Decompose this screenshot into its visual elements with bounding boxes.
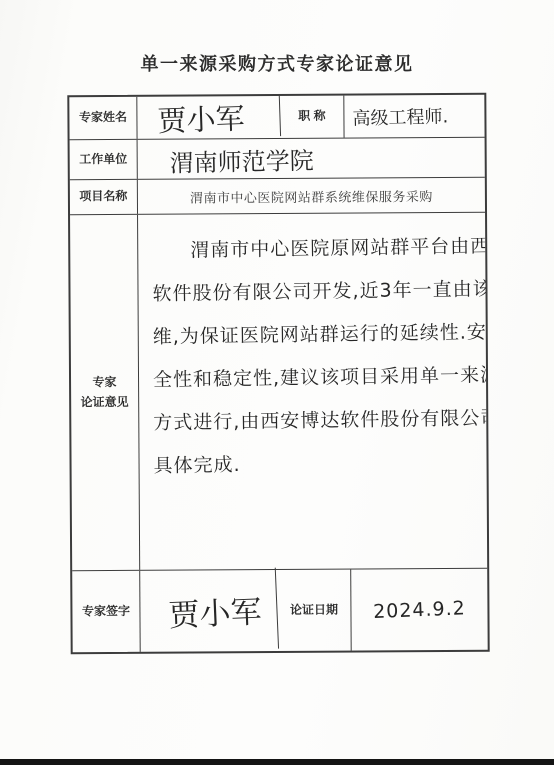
scanned-document-page: 单一来源采购方式专家论证意见 专家姓名 贾小军 职 称 高级工程师. 工作单位 … <box>0 0 554 765</box>
opinion-label-line1: 专家 <box>92 373 116 392</box>
scan-bottom-edge-shadow <box>0 759 554 765</box>
row-expert-opinion: 专家 论证意见 渭南市中心医院原网站群平台由西安博达 软件股份有限公司开发,近3… <box>70 213 487 572</box>
job-title-handwriting: 高级工程师. <box>344 94 485 139</box>
expert-name-handwriting: 贾小军 <box>137 94 281 141</box>
project-name-label: 项目名称 <box>70 180 138 214</box>
opinion-label: 专家 论证意见 <box>70 215 140 570</box>
opinion-line-4: 全性和稳定性,建议该项目采用单一来源 <box>153 354 475 402</box>
opinion-line-6: 具体完成. <box>153 440 475 488</box>
date-handwriting: 2024.9.2 <box>350 566 489 653</box>
work-unit-label: 工作单位 <box>70 140 138 179</box>
row-expert-name: 专家姓名 贾小军 职 称 高级工程师. <box>69 95 484 141</box>
job-title-label: 职 称 <box>280 96 344 138</box>
work-unit-handwriting: 渭南师范学院 <box>137 135 485 181</box>
signature-handwriting: 贾小军 <box>139 568 279 655</box>
row-project-name: 项目名称 渭南市中心医院网站群系统维保服务采购 <box>70 178 485 216</box>
project-name-text: 渭南市中心医院网站群系统维保服务采购 <box>138 178 485 214</box>
opinion-line-2: 软件股份有限公司开发,近3年一直由该公司运 <box>152 268 474 316</box>
row-work-unit: 工作单位 渭南师范学院 <box>70 138 485 181</box>
page-title: 单一来源采购方式专家论证意见 <box>0 50 554 76</box>
opinion-line-5: 方式进行,由西安博达软件股份有限公司 <box>153 397 475 445</box>
opinion-line-1: 渭南市中心医院原网站群平台由西安博达 <box>152 225 474 273</box>
date-label: 论证日期 <box>277 570 351 651</box>
expert-name-label: 专家姓名 <box>69 97 137 139</box>
opinion-label-line2: 论证意见 <box>81 392 129 411</box>
signature-label: 专家签字 <box>72 571 140 652</box>
opinion-line-3: 维,为保证医院网站群运行的延续性.安 <box>152 311 474 359</box>
row-signature: 专家签字 贾小军 论证日期 2024.9.2 <box>72 569 487 653</box>
form-table: 专家姓名 贾小军 职 称 高级工程师. 工作单位 渭南师范学院 项目名称 渭南市… <box>67 93 489 655</box>
opinion-handwriting-block: 渭南市中心医院原网站群平台由西安博达 软件股份有限公司开发,近3年一直由该公司运… <box>138 213 487 570</box>
